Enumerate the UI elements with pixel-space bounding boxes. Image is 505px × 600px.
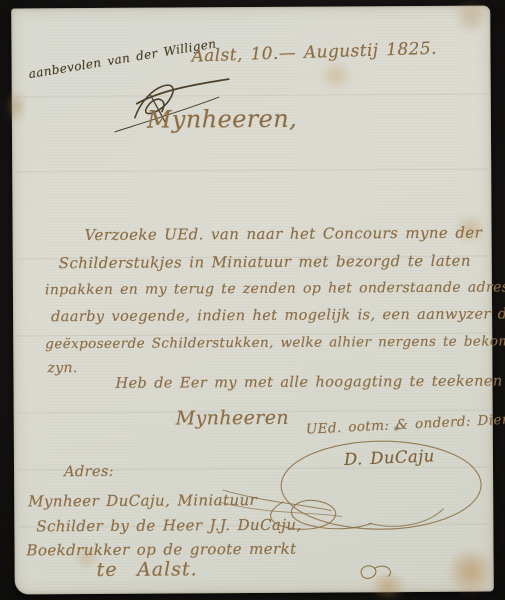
letter-sheet: aanbevolen van der Willigen Aalst, 10.— … xyxy=(11,6,494,595)
dateline: Aalst, 10.— Augustij 1825. xyxy=(191,39,437,67)
valediction-salutation: Mynheeren xyxy=(176,407,289,430)
body-line: zyn. xyxy=(47,360,77,376)
body-line: inpakken en my terug te zenden op het on… xyxy=(45,279,505,298)
address-line: Schilder by de Heer J.J. DuCaju, xyxy=(36,516,301,536)
letter-photograph: aanbevolen van der Willigen Aalst, 10.— … xyxy=(0,0,505,600)
body-line: daarby voegende, indien het mogelijk is,… xyxy=(51,306,505,325)
body-line: Verzoeke UEd. van naar het Concours myne… xyxy=(85,224,483,244)
address-line: Boekdrukker op de groote merkt xyxy=(26,540,296,560)
foxing-stain xyxy=(317,61,355,89)
foxing-stain xyxy=(443,549,499,595)
address-label: Adres: xyxy=(64,464,114,480)
body-line: geëxposeerde Schilderstukken, welke alhi… xyxy=(45,333,505,352)
address-place: te Aalst. xyxy=(97,558,198,581)
body-line: Schilderstukjes in Miniatuur met bezorgd… xyxy=(59,252,471,273)
fold-line xyxy=(16,94,487,98)
salutation: Mynheeren, xyxy=(147,105,297,134)
aalst-flourish xyxy=(355,562,399,586)
signature: D. DuCaju xyxy=(344,446,435,469)
fold-line xyxy=(16,169,487,173)
foxing-stain xyxy=(449,2,493,32)
closing-line: Heb de Eer my met alle hoogagting te tee… xyxy=(115,373,502,391)
address-line: Mynheer DuCaju, Miniatuur xyxy=(28,491,257,510)
foxing-stain xyxy=(8,83,24,129)
